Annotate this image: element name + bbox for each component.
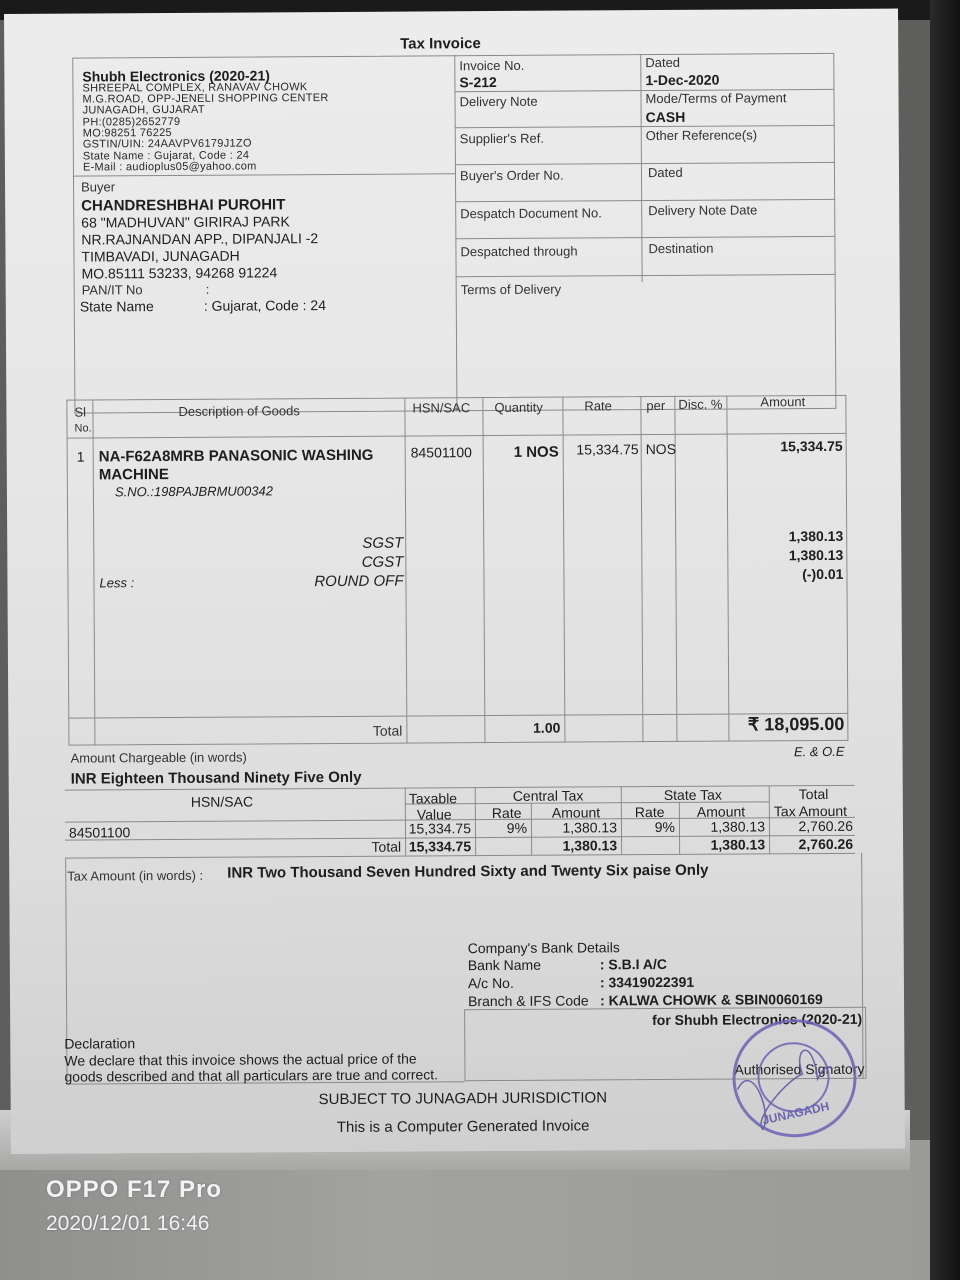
round-off-amount: (-)0.01 xyxy=(731,567,843,582)
item-amount: 15,334.75 xyxy=(731,439,843,454)
item-sl: 1 xyxy=(77,450,85,464)
signature-scribble-icon xyxy=(732,1019,851,1132)
amount-in-words: INR Eighteen Thousand Ninety Five Only xyxy=(71,770,362,787)
other-ref-label: Other Reference(s) xyxy=(646,128,757,142)
tax-row-c-amount: 1,380.13 xyxy=(531,820,617,835)
delivery-note-label: Delivery Note xyxy=(460,95,538,108)
tax-col-c-rate: Rate xyxy=(492,806,522,820)
buyer-pan-label: PAN/IT No xyxy=(82,283,143,296)
dated-value: 1-Dec-2020 xyxy=(645,73,719,87)
tax-total-taxable: 15,334.75 xyxy=(405,839,471,853)
sgst-amount: 1,380.13 xyxy=(731,529,843,544)
tax-col-s-amount: Amount xyxy=(697,804,745,818)
buyer-pan-value: : xyxy=(206,283,210,296)
item-per: NOS xyxy=(646,442,676,456)
col-header-per: per xyxy=(646,399,665,412)
tax-col-total-1: Total xyxy=(799,787,829,801)
item-serial-no: S.NO.:198PAJBRMU00342 xyxy=(115,484,273,498)
account-no-value: : 33419022391 xyxy=(600,975,694,990)
supplier-ref-label: Supplier's Ref. xyxy=(460,132,544,146)
buyer-label: Buyer xyxy=(81,180,115,193)
buyer-mobile: MO.85111 53233, 94268 91224 xyxy=(82,265,278,280)
jurisdiction-note: SUBJECT TO JUNAGADH JURISDICTION xyxy=(319,1090,607,1107)
seller-address-line: JUNAGADH, GUJARAT xyxy=(83,105,205,117)
delivery-note-date-label: Delivery Note Date xyxy=(648,203,757,217)
computer-generated-note: This is a Computer Generated Invoice xyxy=(337,1118,590,1135)
col-header-no: No. xyxy=(75,423,92,434)
tax-col-central: Central Tax xyxy=(513,788,584,802)
camera-device-watermark: OPPO F17 Pro xyxy=(46,1176,222,1204)
dated-label: Dated xyxy=(645,56,680,69)
payment-terms-label: Mode/Terms of Payment xyxy=(645,91,786,105)
tax-words-label: Tax Amount (in words) : xyxy=(67,869,203,883)
col-header-disc: Disc. % xyxy=(678,398,722,411)
tax-total-label: Total xyxy=(309,840,401,855)
item-rate: 15,334.75 xyxy=(567,442,639,456)
declaration-line: We declare that this invoice shows the a… xyxy=(64,1051,416,1067)
tax-row-hsn: 84501100 xyxy=(69,825,130,839)
tax-col-s-rate: Rate xyxy=(635,805,665,819)
invoice-no-value: S-212 xyxy=(459,75,496,89)
col-header-sl: Sl xyxy=(74,406,86,419)
declaration-line: goods described and that all particulars… xyxy=(64,1067,438,1083)
tax-total-c-amount: 1,380.13 xyxy=(531,838,617,853)
tax-col-hsn: HSN/SAC xyxy=(191,794,253,808)
tax-row-c-rate: 9% xyxy=(475,821,527,835)
col-header-description: Description of Goods xyxy=(178,404,299,418)
buyer-address-line: TIMBAVADI, JUNAGADH xyxy=(81,249,239,264)
buyer-order-dated-label: Dated xyxy=(648,166,683,179)
sgst-label: SGST xyxy=(247,536,403,552)
company-stamp: JUNAGADH xyxy=(732,1019,857,1138)
buyer-state-label: State Name xyxy=(80,299,154,313)
col-header-rate: Rate xyxy=(584,399,612,412)
tax-col-state: State Tax xyxy=(664,788,722,802)
tax-in-words: INR Two Thousand Seven Hundred Sixty and… xyxy=(227,863,708,881)
item-quantity: 1 NOS xyxy=(487,445,559,460)
tax-row-total: 2,760.26 xyxy=(769,819,853,834)
round-off-label: ROUND OFF xyxy=(247,574,403,590)
col-header-hsn: HSN/SAC xyxy=(412,401,470,414)
document-title: Tax Invoice xyxy=(400,35,481,52)
tax-row-s-rate: 9% xyxy=(621,820,675,834)
cgst-label: CGST xyxy=(247,555,403,571)
seller-email: E-Mail : audioplus05@yahoo.com xyxy=(83,161,257,173)
tax-col-taxable-1: Taxable xyxy=(409,791,457,805)
item-hsn: 84501100 xyxy=(411,445,472,459)
bank-title: Company's Bank Details xyxy=(468,940,620,955)
bank-name-label: Bank Name xyxy=(468,958,541,972)
tax-total-s-amount: 1,380.13 xyxy=(679,837,765,852)
camera-timestamp-watermark: 2020/12/01 16:46 xyxy=(46,1212,210,1236)
invoice-paper: Tax Invoice Shubh Electronics (2020-21) … xyxy=(4,9,905,1154)
eoe-label: E. & O.E xyxy=(738,745,844,759)
terms-of-delivery-label: Terms of Delivery xyxy=(461,283,561,297)
despatch-doc-label: Despatch Document No. xyxy=(460,206,602,220)
tax-row-taxable: 15,334.75 xyxy=(405,821,471,835)
branch-ifsc-value: : KALWA CHOWK & SBIN0060169 xyxy=(600,992,823,1007)
buyer-address-line: NR.RAJNANDAN APP., DIPANJALI -2 xyxy=(81,231,318,246)
invoice-no-label: Invoice No. xyxy=(459,59,524,72)
account-no-label: A/c No. xyxy=(468,976,514,990)
branch-ifsc-label: Branch & IFS Code xyxy=(468,993,589,1008)
photo-backdrop-right xyxy=(930,0,960,1280)
destination-label: Destination xyxy=(648,242,713,255)
buyer-address-line: 68 "MADHUVAN" GIRIRAJ PARK xyxy=(81,214,290,229)
despatched-through-label: Despatched through xyxy=(460,245,577,259)
col-header-amount: Amount xyxy=(760,395,805,408)
bank-name-value: : S.B.I A/C xyxy=(600,957,667,971)
buyer-name: CHANDRESHBHAI PUROHIT xyxy=(81,197,285,213)
item-description: NA-F62A8MRB PANASONIC WASHING xyxy=(99,448,374,465)
col-header-quantity: Quantity xyxy=(494,401,543,414)
grand-total: ₹ 18,095.00 xyxy=(708,715,844,734)
tax-col-c-amount: Amount xyxy=(552,805,600,819)
payment-terms-value: CASH xyxy=(646,110,686,124)
tax-total-amount: 2,760.26 xyxy=(769,837,853,852)
amount-words-label: Amount Chargeable (in words) xyxy=(71,751,247,765)
total-label: Total xyxy=(308,724,402,739)
declaration-title: Declaration xyxy=(64,1036,135,1050)
cgst-amount: 1,380.13 xyxy=(731,548,843,563)
total-quantity: 1.00 xyxy=(488,721,560,735)
less-label: Less : xyxy=(99,576,134,589)
buyer-state-value: : Gujarat, Code : 24 xyxy=(204,298,326,313)
tax-col-total-2: Tax Amount xyxy=(774,804,847,818)
buyer-order-label: Buyer's Order No. xyxy=(460,169,564,183)
tax-row-s-amount: 1,380.13 xyxy=(679,819,765,834)
item-description-cont: MACHINE xyxy=(99,467,169,482)
